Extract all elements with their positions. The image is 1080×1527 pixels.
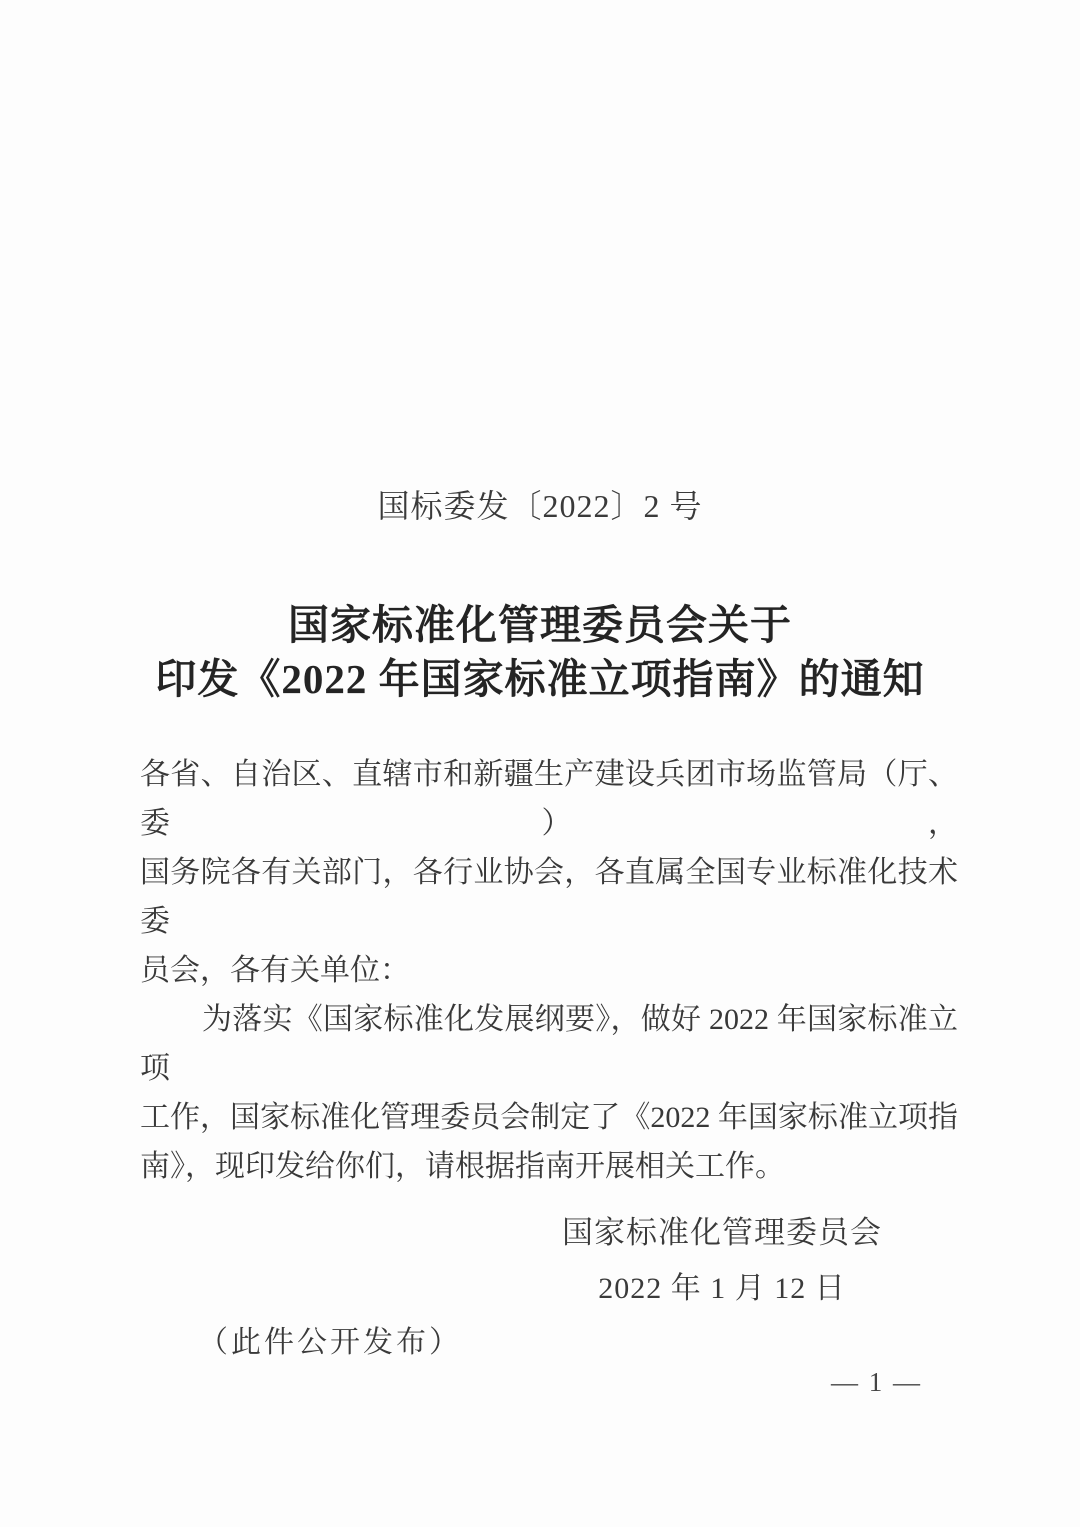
body-line: 各省、自治区、直辖市和新疆生产建设兵团市场监管局（厅、委）， <box>140 750 958 848</box>
notice-title-line-1: 国家标准化管理委员会关于 <box>0 598 1080 652</box>
addressees-paragraph: 各省、自治区、直辖市和新疆生产建设兵团市场监管局（厅、委）， 国务院各有关部门，… <box>140 750 958 995</box>
signature-block: 国家标准化管理委员会 2022 年 1 月 12 日 <box>364 1214 1080 1308</box>
scanned-document-page: 国标委发〔2022〕2 号 国家标准化管理委员会关于 印发《2022 年国家标准… <box>0 0 1080 1527</box>
body-line: 国务院各有关部门，各行业协会，各直属全国专业标准化技术委 <box>140 848 958 946</box>
notice-title: 国家标准化管理委员会关于 印发《2022 年国家标准立项指南》的通知 <box>0 598 1080 706</box>
issue-date: 2022 年 1 月 12 日 <box>364 1270 1080 1308</box>
notice-body: 各省、自治区、直辖市和新疆生产建设兵团市场监管局（厅、委）， 国务院各有关部门，… <box>140 750 958 1191</box>
notice-title-line-2: 印发《2022 年国家标准立项指南》的通知 <box>0 652 1080 706</box>
body-line: 为落实《国家标准化发展纲要》，做好 2022 年国家标准立项 <box>140 995 958 1093</box>
body-line: 工作，国家标准化管理委员会制定了《2022 年国家标准立项指 <box>140 1093 958 1142</box>
body-line: 南》，现印发给你们，请根据指南开展相关工作。 <box>140 1142 958 1191</box>
document-reference-number: 国标委发〔2022〕2 号 <box>0 486 1080 526</box>
body-line: 员会，各有关单位： <box>140 946 958 995</box>
page-number: — 1 — <box>831 1366 922 1398</box>
issuing-authority-signature: 国家标准化管理委员会 <box>364 1214 1080 1252</box>
main-paragraph: 为落实《国家标准化发展纲要》，做好 2022 年国家标准立项 工作，国家标准化管… <box>140 995 958 1191</box>
public-release-note: （此件公开发布） <box>198 1324 462 1362</box>
